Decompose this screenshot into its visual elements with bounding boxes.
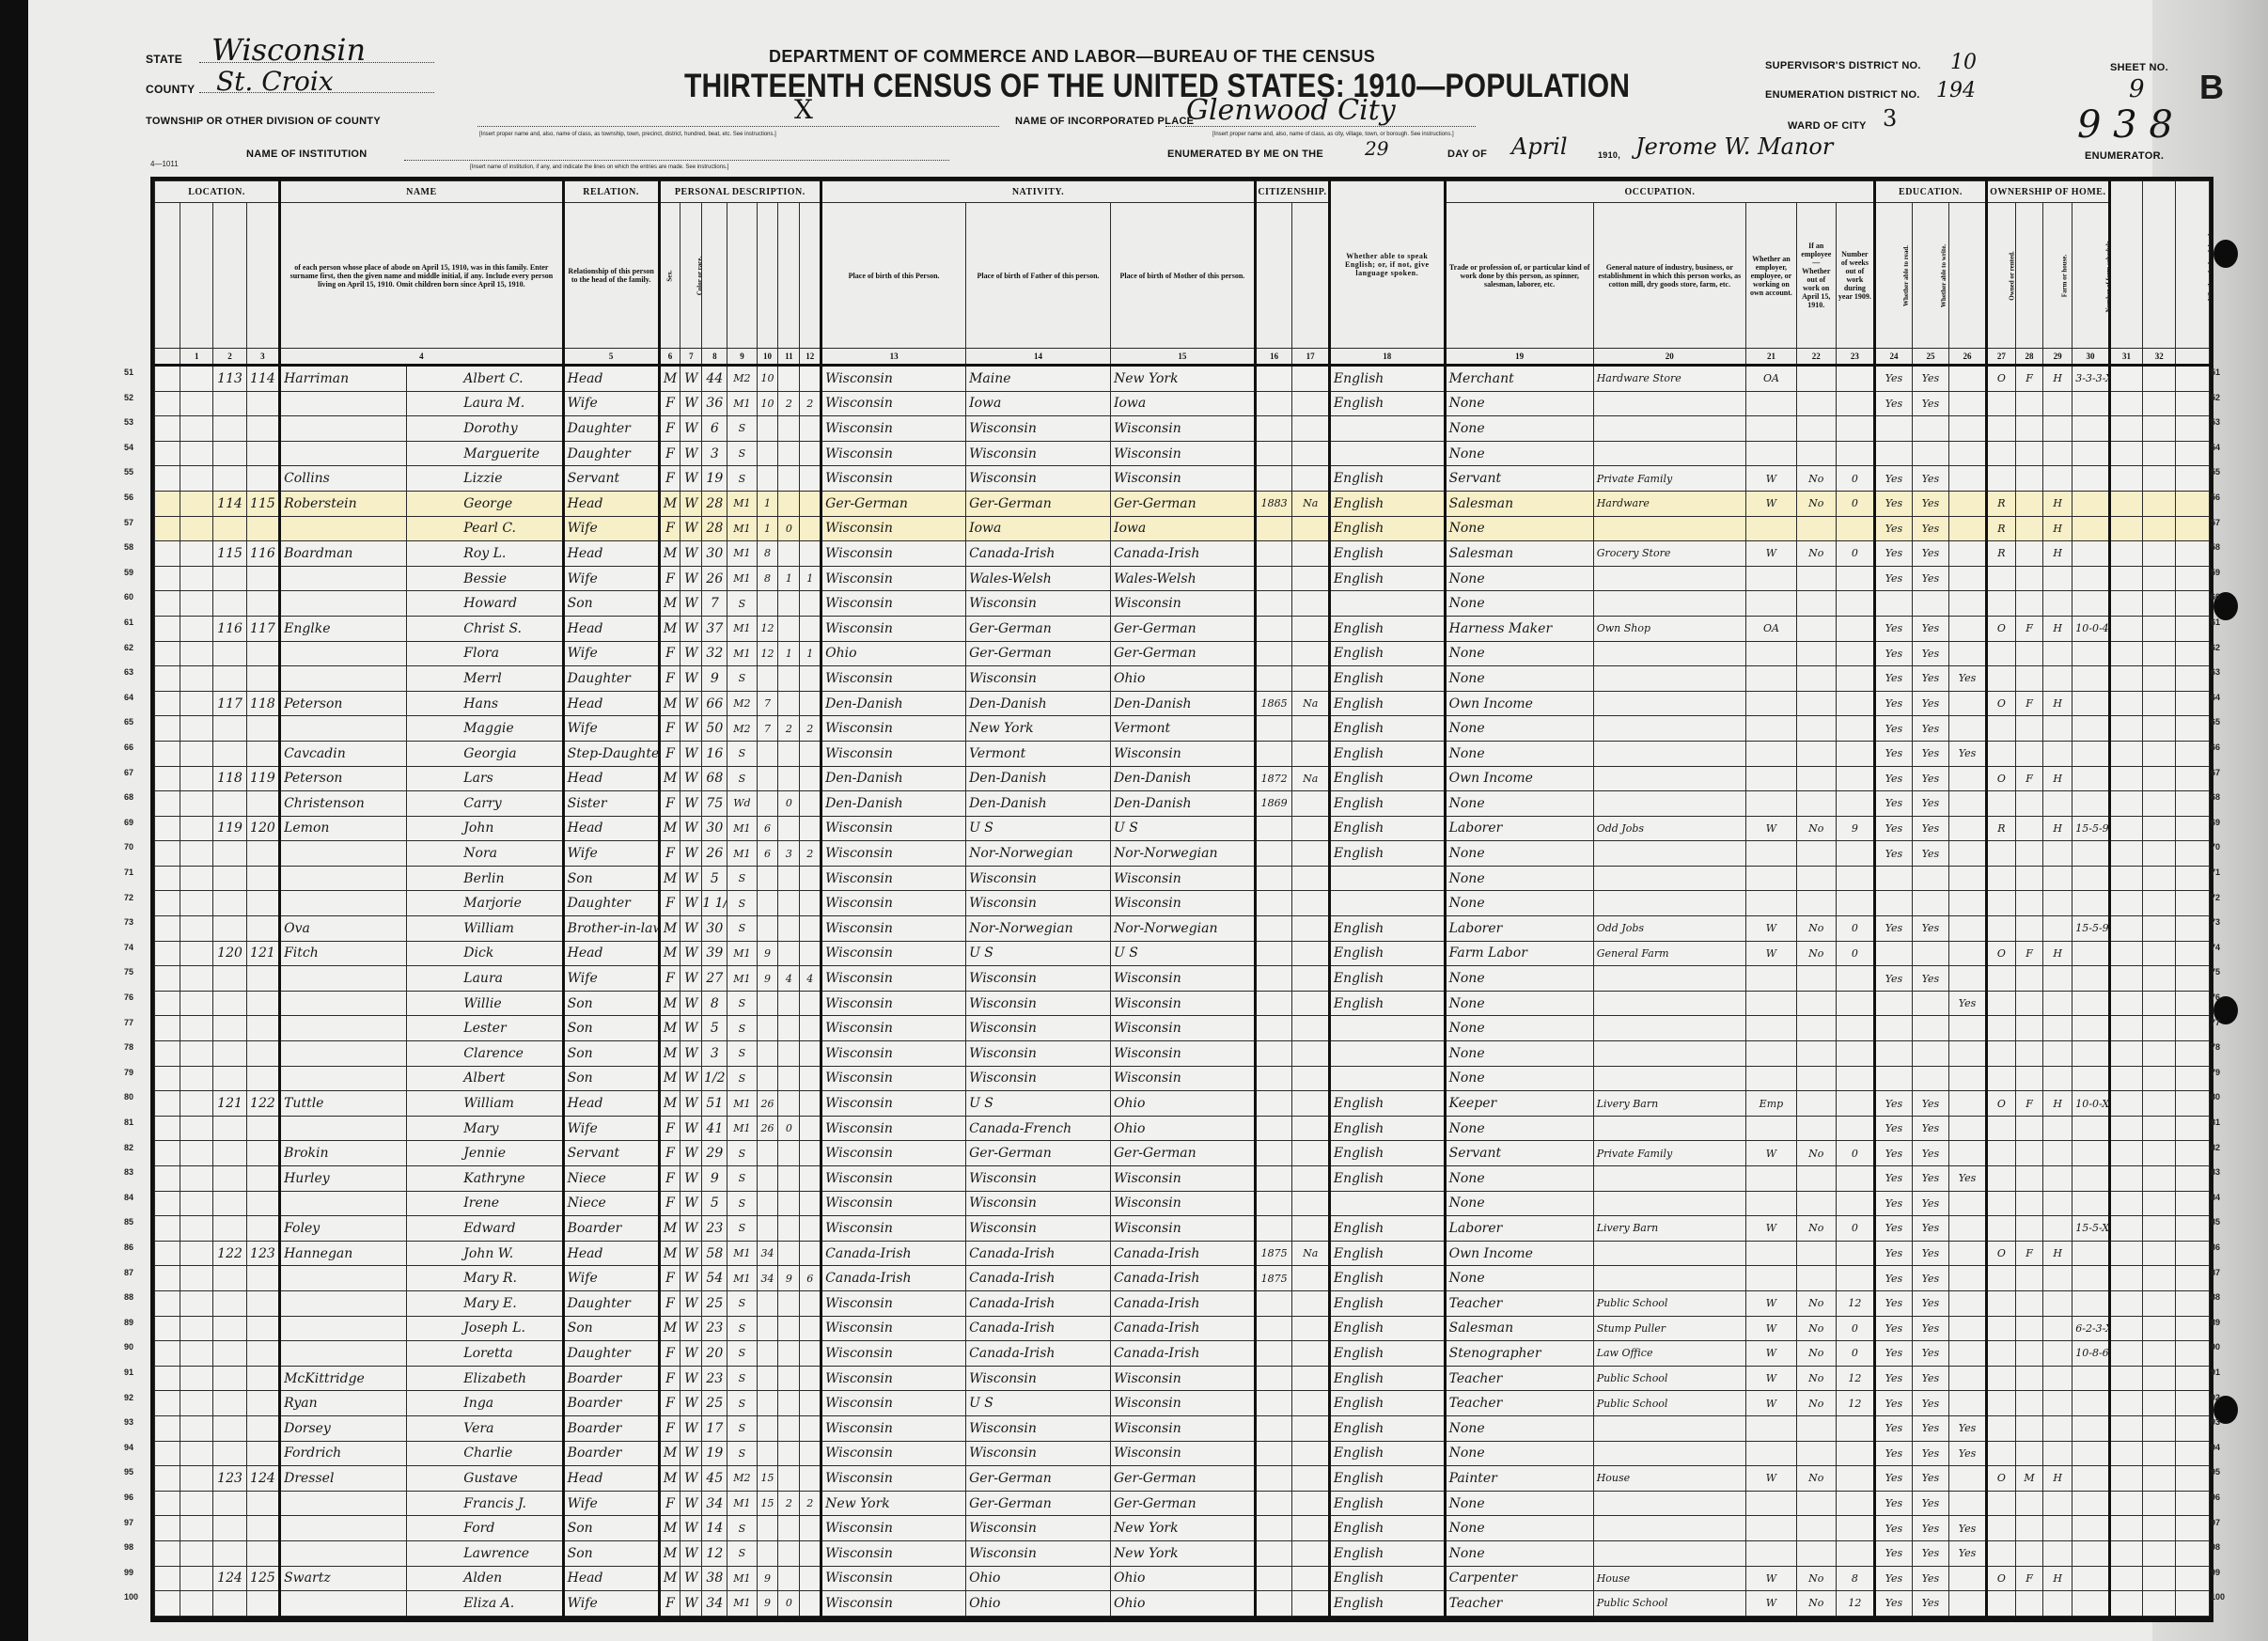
cell-school [1949,1241,1987,1266]
cell-oow [1796,791,1836,817]
cell-imm [1255,1290,1292,1316]
cell-wks: 0 [1836,491,1875,516]
cell-sex: F [659,1166,680,1192]
col-years-married: Number of years of present marriage. [757,203,778,349]
cell-lang: English [1329,1290,1445,1316]
cell-race: W [680,1041,702,1067]
cell-trade: None [1445,1166,1593,1192]
cell-write [1912,991,1949,1016]
cell-house [180,1591,213,1617]
cell-emp [1745,441,1796,466]
cell-surname [280,591,407,617]
cell-street [155,416,180,442]
cell-surv [2109,1241,2142,1266]
cell-imm [1255,1166,1292,1192]
line-number-left: 52 [124,393,133,402]
cell-house [180,1116,213,1141]
cell-emp [1745,891,1796,916]
line-number-right: 91 [2211,1367,2220,1377]
cell-pob: Ger-German [821,491,966,516]
line-number-right: 52 [2211,393,2220,402]
cell-age: 7 [702,591,727,617]
cell-pob: Wisconsin [821,1041,966,1067]
cell-oow [1796,1191,1836,1216]
census-row: MaryWifeFW41M1260WisconsinCanada-FrenchO… [155,1116,2210,1141]
cell-street [155,1091,180,1117]
cell-street [155,791,180,817]
cell-nat [1292,1391,1330,1416]
cell-emp [1745,991,1796,1016]
cell-free [2015,466,2042,492]
cell-wks [1836,366,1875,392]
cell-sched: 6-2-3-X [2072,1316,2110,1341]
cell-race: W [680,1516,702,1541]
col-write: Whether able to write. [1912,203,1949,349]
cell-house [180,1516,213,1541]
cell-oow [1796,391,1836,416]
cell-industry [1593,441,1745,466]
cell-write [1912,591,1949,617]
cell-fh [2043,1491,2072,1516]
cell-dw [213,1316,246,1341]
column-number: 21 [1745,349,1796,366]
cell-deaf [2176,441,2210,466]
cell-pob: Wisconsin [821,966,966,992]
cell-ms: M2 [727,691,757,716]
cell-write: Yes [1912,516,1949,541]
cell-age: 28 [702,516,727,541]
cell-given: Laura [407,966,563,992]
cell-given: Pearl C. [407,516,563,541]
cell-industry [1593,1516,1745,1541]
group-relation: RELATION. [563,181,659,203]
cell-born [778,766,800,791]
cell-sex: M [659,691,680,716]
cell-age: 17 [702,1415,727,1441]
cell-fh [2043,641,2072,666]
cell-mpob: Wales-Welsh [1110,566,1255,591]
cell-nat: Na [1292,691,1330,716]
cell-sched [2072,1591,2110,1617]
cell-wks [1836,766,1875,791]
cell-imm [1255,1366,1292,1391]
cell-rel: Head [563,816,659,841]
cell-surname: Peterson [280,766,407,791]
cell-street [155,741,180,766]
line-number-right: 62 [2211,643,2220,652]
line-number-right: 65 [2211,717,2220,727]
cell-imm [1255,991,1292,1016]
cell-free [2015,1041,2042,1067]
cell-race: W [680,1066,702,1091]
cell-ms: S [727,766,757,791]
cell-read: Yes [1875,1290,1913,1316]
cell-oow: No [1796,916,1836,942]
cell-born [778,1441,800,1466]
cell-rel: Son [563,1516,659,1541]
cell-mpob: Ger-German [1110,1466,1255,1492]
cell-read [1875,591,1913,617]
cell-race: W [680,491,702,516]
cell-given: Roy L. [407,541,563,567]
cell-emp [1745,1516,1796,1541]
column-number: 1 [180,349,213,366]
cell-school: Yes [1949,1516,1987,1541]
cell-oow [1796,991,1836,1016]
cell-pob: Wisconsin [821,1141,966,1166]
cell-school: Yes [1949,1166,1987,1192]
cell-nat [1292,416,1330,442]
cell-wks [1836,1540,1875,1566]
group-location: LOCATION. [155,181,280,203]
cell-mpob: Canada-Irish [1110,1266,1255,1291]
cell-house [180,441,213,466]
cell-imm [1255,1341,1292,1367]
cell-free [2015,741,2042,766]
cell-given: Marguerite [407,441,563,466]
cell-nat [1292,1166,1330,1192]
cell-ms: M1 [727,941,757,966]
cell-surv [2109,1216,2142,1242]
cell-own [1986,391,2015,416]
cell-fh [2043,1016,2072,1041]
cell-yrs: 8 [757,541,778,567]
cell-given: Albert [407,1066,563,1091]
cell-emp: W [1745,1591,1796,1617]
cell-pob: Wisconsin [821,366,966,392]
cell-trade: Farm Labor [1445,941,1593,966]
cell-age: 39 [702,941,727,966]
cell-surname: Ova [280,916,407,942]
cell-house [180,491,213,516]
cell-nat [1292,1341,1330,1367]
cell-imm: 1865 [1255,691,1292,716]
cell-mpob: Wisconsin [1110,1391,1255,1416]
column-number: 11 [778,349,800,366]
cell-fh: H [2043,816,2072,841]
institution-instruction: [Insert name of institution, if any, and… [470,164,728,170]
cell-nat [1292,1016,1330,1041]
cell-oow [1796,891,1836,916]
cell-deaf [2176,766,2210,791]
cell-school [1949,1316,1987,1341]
cell-blind [2143,416,2176,442]
cell-own [1986,1191,2015,1216]
cell-given: Lizzie [407,466,563,492]
cell-wks [1836,891,1875,916]
cell-read: Yes [1875,1591,1913,1617]
cell-living: 4 [800,966,821,992]
cell-emp: W [1745,491,1796,516]
cell-surname [280,441,407,466]
enumerated-day: 29 [1365,137,1388,160]
census-row: BrokinJennieServantFW29SWisconsinGer-Ger… [155,1141,2210,1166]
census-row: Mary R.WifeFW54M13496Canada-IrishCanada-… [155,1266,2210,1291]
cell-nat [1292,1316,1330,1341]
cell-school [1949,1041,1987,1067]
cell-born: 2 [778,716,800,742]
stamp-number: 9 3 8 [2077,103,2173,147]
cell-oow [1796,1266,1836,1291]
cell-rel: Son [563,1066,659,1091]
cell-fh: H [2043,1466,2072,1492]
cell-fpob: Wisconsin [966,1166,1111,1192]
cell-race: W [680,1415,702,1441]
cell-street [155,1441,180,1466]
cell-school [1949,891,1987,916]
cell-living [800,816,821,841]
cell-yrs: 12 [757,616,778,641]
cell-sex: F [659,1141,680,1166]
cell-wks [1836,841,1875,867]
cell-imm [1255,1191,1292,1216]
cell-age: 19 [702,466,727,492]
cell-fam: 114 [246,366,279,392]
cell-lang: English [1329,1591,1445,1617]
cell-surname: Hannegan [280,1241,407,1266]
cell-nat [1292,1491,1330,1516]
column-number: 5 [563,349,659,366]
column-number-row: 1234567891011121314151617181920212223242… [155,349,2210,366]
cell-street [155,1566,180,1591]
cell-emp: W [1745,916,1796,942]
cell-sex: F [659,1591,680,1617]
cell-age: 44 [702,366,727,392]
supervisor-district-value: 10 [1950,51,1977,74]
cell-pob: Wisconsin [821,1116,966,1141]
cell-emp [1745,391,1796,416]
cell-surname: Dressel [280,1466,407,1492]
cell-yrs: 12 [757,641,778,666]
cell-nat [1292,1066,1330,1091]
cell-given: Loretta [407,1341,563,1367]
cell-free [2015,1516,2042,1541]
cell-pob: New York [821,1491,966,1516]
cell-mpob: Ohio [1110,1566,1255,1591]
cell-house [180,966,213,992]
cell-surv [2109,1116,2142,1141]
cell-lang: English [1329,491,1445,516]
census-row: MargueriteDaughterFW3SWisconsinWisconsin… [155,441,2210,466]
cell-wks [1836,516,1875,541]
cell-free [2015,1491,2042,1516]
census-row: LesterSonMW5SWisconsinWisconsinWisconsin… [155,1016,2210,1041]
line-number-left: 81 [124,1117,133,1127]
cell-rel: Son [563,1041,659,1067]
cell-free [2015,641,2042,666]
cell-fam [246,1141,279,1166]
cell-school [1949,841,1987,867]
cell-race: W [680,716,702,742]
cell-emp: W [1745,1316,1796,1341]
cell-fpob: Wisconsin [966,1016,1111,1041]
cell-living [800,766,821,791]
cell-deaf [2176,1141,2210,1166]
cell-mpob: Ger-German [1110,1141,1255,1166]
column-number: 9 [727,349,757,366]
cell-oow [1796,566,1836,591]
cell-born [778,1041,800,1067]
cell-industry: Public School [1593,1591,1745,1617]
cell-emp: W [1745,1290,1796,1316]
cell-fh [2043,1516,2072,1541]
cell-wks [1836,1016,1875,1041]
cell-school [1949,1066,1987,1091]
cell-trade: None [1445,391,1593,416]
cell-given: Vera [407,1415,563,1441]
cell-rel: Head [563,1241,659,1266]
column-number [155,349,180,366]
cell-emp: OA [1745,616,1796,641]
cell-pob: Wisconsin [821,541,966,567]
cell-write: Yes [1912,1540,1949,1566]
year-label: 1910, [1598,150,1620,160]
cell-blind [2143,791,2176,817]
cell-fpob: U S [966,941,1111,966]
cell-own [1986,1141,2015,1166]
cell-read: Yes [1875,1191,1913,1216]
line-number-left: 58 [124,542,133,552]
cell-house [180,1316,213,1341]
cell-ms: M2 [727,366,757,392]
cell-sex: F [659,1116,680,1141]
cell-wks: 12 [1836,1591,1875,1617]
cell-industry: Law Office [1593,1341,1745,1367]
cell-school [1949,441,1987,466]
cell-read: Yes [1875,466,1913,492]
cell-write: Yes [1912,366,1949,392]
cell-yrs [757,1166,778,1192]
cell-own [1986,991,2015,1016]
cell-born [778,1566,800,1591]
cell-race: W [680,1316,702,1341]
cell-fam [246,741,279,766]
cell-rel: Boarder [563,1366,659,1391]
census-row: Joseph L.SonMW23SWisconsinCanada-IrishCa… [155,1316,2210,1341]
cell-lang: English [1329,741,1445,766]
cell-born: 3 [778,841,800,867]
cell-given: Willie [407,991,563,1016]
cell-fh [2043,1366,2072,1391]
cell-own: R [1986,516,2015,541]
column-number: 2 [213,349,246,366]
cell-own [1986,416,2015,442]
line-number-right: 71 [2211,867,2220,877]
line-number-right: 60 [2211,592,2220,602]
cell-mpob: Wisconsin [1110,866,1255,891]
cell-born [778,1066,800,1091]
cell-emp [1745,1116,1796,1141]
cell-fh: H [2043,1566,2072,1591]
cell-living [800,1091,821,1117]
cell-read [1875,416,1913,442]
column-number [2176,349,2210,366]
cell-living [800,366,821,392]
cell-pob: Ohio [821,641,966,666]
cell-given: Berlin [407,866,563,891]
cell-sex: M [659,1091,680,1117]
cell-lang: English [1329,1166,1445,1192]
cell-sched [2072,416,2110,442]
cell-surname: Christenson [280,791,407,817]
cell-write: Yes [1912,1216,1949,1242]
cell-fpob: Wisconsin [966,466,1111,492]
cell-street [155,766,180,791]
cell-given: Elizabeth [407,1366,563,1391]
cell-read: Yes [1875,1141,1913,1166]
cell-mpob: Ger-German [1110,616,1255,641]
cell-wks [1836,391,1875,416]
institution-line [404,160,949,161]
cell-sex: F [659,1290,680,1316]
cell-read: Yes [1875,1415,1913,1441]
cell-mpob: Ger-German [1110,1491,1255,1516]
cell-pob: Wisconsin [821,1091,966,1117]
cell-street [155,1540,180,1566]
line-number-right: 74 [2211,943,2220,952]
cell-rel: Wife [563,716,659,742]
cell-age: 23 [702,1366,727,1391]
state-line [199,62,434,63]
cell-race: W [680,1241,702,1266]
cell-rel: Wife [563,641,659,666]
col-farm-schedule: Number of farm schedule. [2072,203,2110,349]
cell-given: Joseph L. [407,1316,563,1341]
cell-imm [1255,1441,1292,1466]
line-number-right: 96 [2211,1493,2220,1502]
line-number-left: 79 [124,1068,133,1077]
census-row: DorseyVeraBoarderFW17SWisconsinWisconsin… [155,1415,2210,1441]
cell-wks [1836,1116,1875,1141]
enumerated-month: April [1511,133,1568,160]
cell-street [155,516,180,541]
cell-surv [2109,941,2142,966]
cell-school [1949,366,1987,392]
cell-house [180,1441,213,1466]
col-owned-rented: Owned or rented. [1986,203,2015,349]
cell-write: Yes [1912,1516,1949,1541]
cell-fam: 120 [246,816,279,841]
cell-nat [1292,391,1330,416]
cell-surv [2109,1540,2142,1566]
cell-wks: 0 [1836,1141,1875,1166]
col-survivor: Whether a survivor of the Union or Confe… [2109,181,2142,349]
cell-race: W [680,1091,702,1117]
cell-dw: 115 [213,541,246,567]
cell-imm: 1875 [1255,1241,1292,1266]
cell-emp: W [1745,941,1796,966]
sheet-no-value: 9 [2129,75,2145,103]
cell-surv [2109,741,2142,766]
cell-sched [2072,666,2110,692]
cell-school [1949,691,1987,716]
line-number-left: 85 [124,1217,133,1227]
cell-fam [246,416,279,442]
cell-pob: Wisconsin [821,516,966,541]
cell-street [155,441,180,466]
cell-imm [1255,516,1292,541]
census-row: BerlinSonMW5SWisconsinWisconsinWisconsin… [155,866,2210,891]
cell-pob: Den-Danish [821,691,966,716]
col-read: Whether able to read. [1875,203,1913,349]
line-number-left: 72 [124,893,133,902]
cell-free [2015,916,2042,942]
cell-lang: English [1329,966,1445,992]
cell-nat: Na [1292,766,1330,791]
cell-mpob: Wisconsin [1110,891,1255,916]
cell-emp [1745,841,1796,867]
cell-nat [1292,1266,1330,1291]
